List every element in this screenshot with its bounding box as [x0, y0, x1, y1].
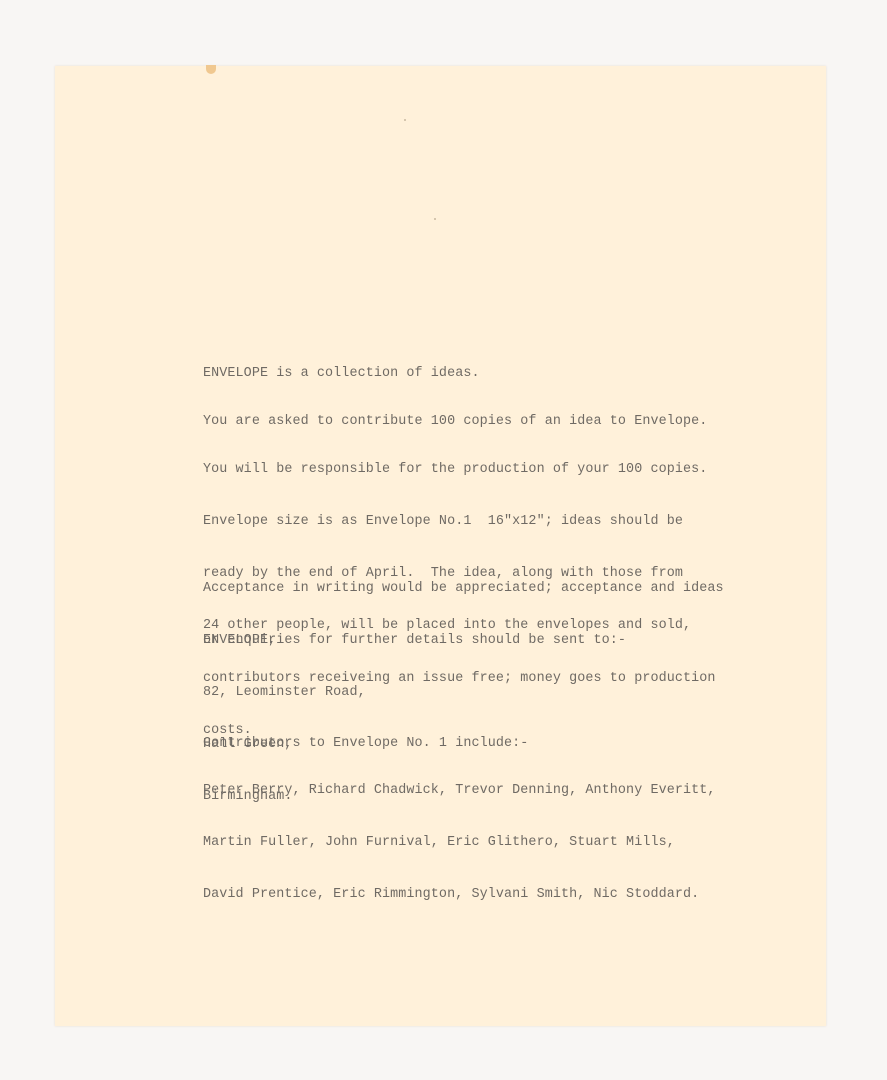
paper-speck [434, 218, 436, 220]
contributors-list: Peter Berry, Richard Chadwick, Trevor De… [203, 747, 716, 938]
typed-letter-sheet: ENVELOPE is a collection of ideas. You a… [55, 66, 826, 1026]
paper-speck [404, 119, 406, 121]
pin-hole-mark [206, 65, 216, 74]
